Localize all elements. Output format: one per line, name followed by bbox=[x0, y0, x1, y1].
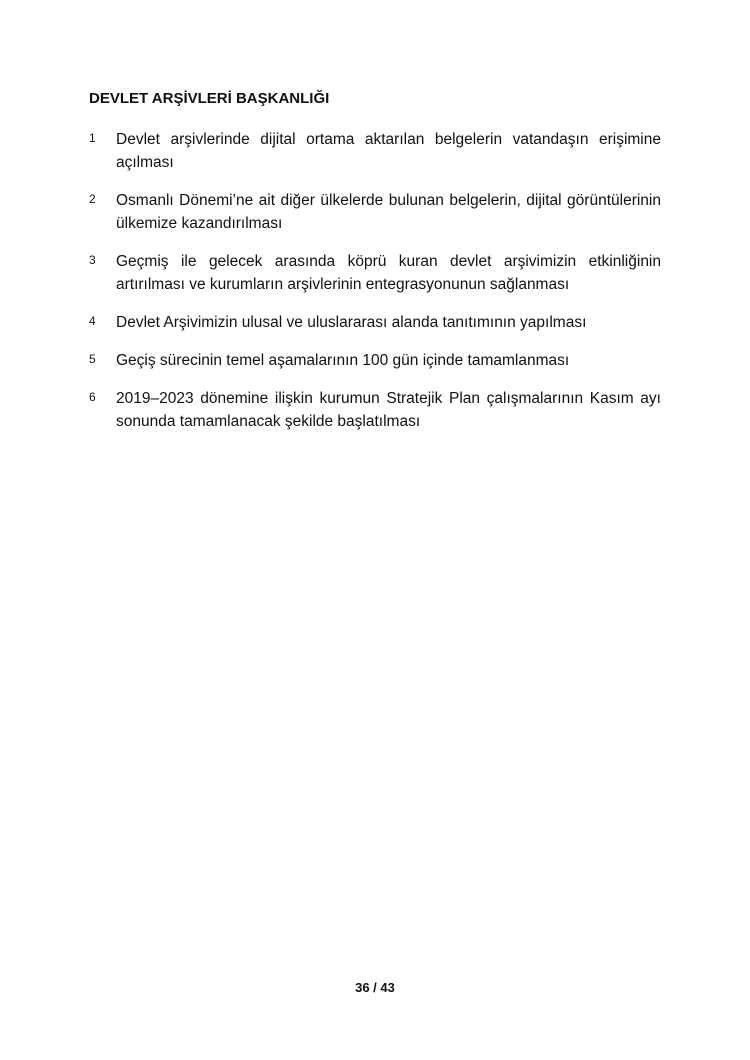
list-item: 4 Devlet Arşivimizin ulusal ve uluslarar… bbox=[89, 311, 661, 334]
goal-list: 1 Devlet arşivlerinde dijital ortama akt… bbox=[89, 128, 661, 448]
page-indicator: 36 / 43 bbox=[0, 980, 750, 995]
item-text: Devlet Arşivimizin ulusal ve uluslararas… bbox=[116, 311, 661, 334]
list-item: 2 Osmanlı Dönemi’ne ait diğer ülkelerde … bbox=[89, 189, 661, 235]
list-item: 3 Geçmiş ile gelecek arasında köprü kura… bbox=[89, 250, 661, 296]
list-item: 5 Geçiş sürecinin temel aşamalarının 100… bbox=[89, 349, 661, 372]
section-heading: DEVLET ARŞİVLERİ BAŞKANLIĞI bbox=[89, 90, 329, 107]
item-number: 1 bbox=[89, 128, 116, 174]
list-item: 1 Devlet arşivlerinde dijital ortama akt… bbox=[89, 128, 661, 174]
item-number: 5 bbox=[89, 349, 116, 372]
item-number: 4 bbox=[89, 311, 116, 334]
item-text: 2019–2023 dönemine ilişkin kurumun Strat… bbox=[116, 387, 661, 433]
item-text: Devlet arşivlerinde dijital ortama aktar… bbox=[116, 128, 661, 174]
item-number: 2 bbox=[89, 189, 116, 235]
item-number: 6 bbox=[89, 387, 116, 433]
item-text: Geçmiş ile gelecek arasında köprü kuran … bbox=[116, 250, 661, 296]
list-item: 6 2019–2023 dönemine ilişkin kurumun Str… bbox=[89, 387, 661, 433]
item-text: Osmanlı Dönemi’ne ait diğer ülkelerde bu… bbox=[116, 189, 661, 235]
item-number: 3 bbox=[89, 250, 116, 296]
item-text: Geçiş sürecinin temel aşamalarının 100 g… bbox=[116, 349, 661, 372]
